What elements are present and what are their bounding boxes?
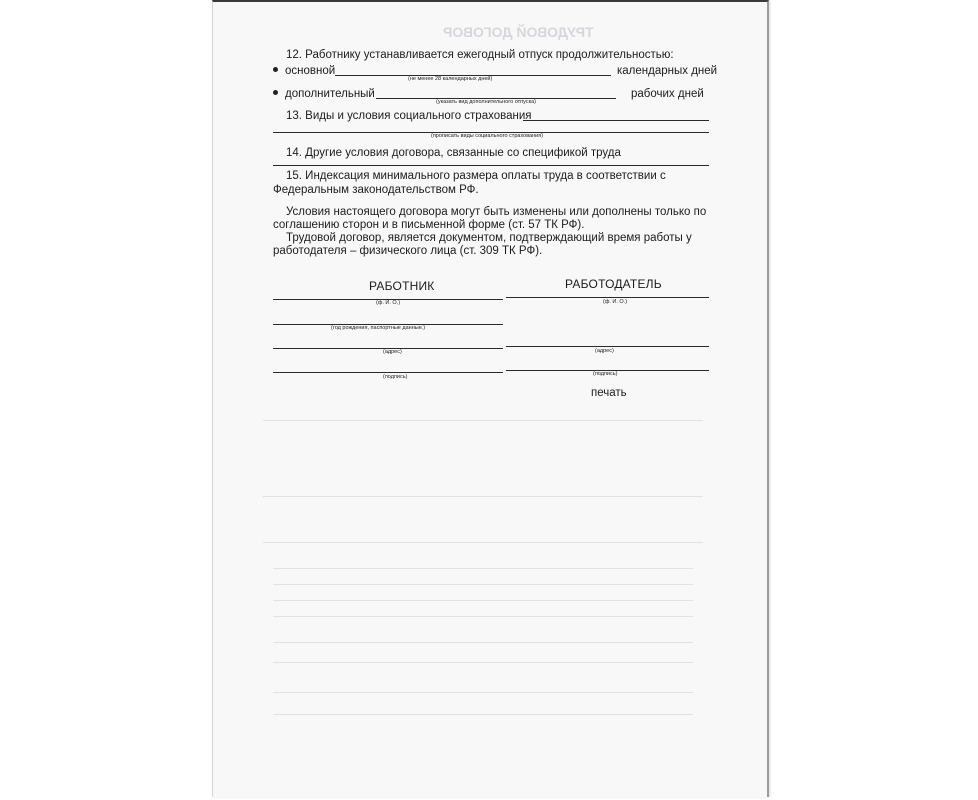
employee-heading: РАБОТНИК — [369, 279, 435, 293]
section-15-line-2: Федеральным законодательством РФ. — [273, 183, 479, 197]
closing-p1-line-1: Условия настоящего договора могут быть и… — [286, 205, 706, 219]
employer-fio-field[interactable] — [506, 297, 709, 298]
ghost-line — [273, 584, 693, 585]
extra-leave-label: дополнительный — [273, 87, 375, 101]
ghost-line — [273, 692, 693, 693]
other-conditions-field[interactable] — [273, 165, 709, 166]
employer-heading: РАБОТОДАТЕЛЬ — [565, 277, 662, 291]
social-insurance-field-1[interactable] — [523, 120, 709, 121]
main-leave-unit: календарных дней — [617, 64, 717, 78]
stamp-label: печать — [591, 386, 627, 400]
section-12-title: 12. Работнику устанавливается ежегодный … — [286, 48, 674, 62]
ghost-line — [273, 642, 693, 643]
section-14-title: 14. Другие условия договора, связанные с… — [286, 146, 621, 160]
employee-passport-caption: (год рождения, паспортные данные.) — [331, 325, 425, 332]
employee-fio-caption: (ф. И. О.) — [376, 300, 400, 307]
closing-p2-line-1: Трудовой договор, является документом, п… — [286, 231, 692, 245]
closing-p1-line-2: соглашению сторон и в письменной форме (… — [273, 218, 584, 232]
extra-leave-unit: рабочих дней — [631, 87, 704, 101]
social-insurance-caption: (прописать виды социального страхования) — [431, 133, 543, 140]
ghost-line — [273, 568, 693, 569]
employer-address-field[interactable] — [506, 346, 709, 347]
ghost-line — [263, 496, 703, 497]
employer-fio-caption: (ф. И. О.) — [603, 299, 627, 306]
ghost-line — [273, 616, 693, 617]
ghost-line — [263, 420, 703, 421]
employer-signature-caption: (подпись) — [593, 371, 617, 378]
section-15-line-1: 15. Индексация минимального размера опла… — [286, 169, 666, 183]
ghost-line — [273, 600, 693, 601]
section-13-title: 13. Виды и условия социального страхован… — [286, 109, 532, 123]
employer-address-caption: (адрес) — [595, 348, 614, 355]
ghost-line — [273, 662, 693, 663]
closing-p2-line-2: работодателя – физического лица (ст. 309… — [273, 244, 542, 258]
ghost-line — [273, 714, 693, 715]
ghost-line — [263, 542, 703, 543]
employee-signature-caption: (подпись) — [383, 374, 407, 381]
extra-leave-caption: (указать вид дополнительного отпуска) — [436, 99, 536, 106]
ghost-title: ТРУДОВОЙ ДОГОВОР — [443, 24, 594, 40]
extra-leave-text: дополнительный — [285, 88, 375, 100]
bullet-icon — [273, 90, 278, 95]
bullet-icon — [273, 67, 278, 72]
main-leave-caption: (не менее 28 календарных дней) — [408, 76, 492, 83]
employee-address-caption: (адрес) — [383, 349, 402, 356]
document-page: ТРУДОВОЙ ДОГОВОР 12. Работнику устанавли… — [212, 0, 769, 797]
main-leave-text: основной — [285, 65, 335, 77]
employee-signature-field[interactable] — [273, 372, 503, 373]
main-leave-label: основной — [273, 64, 335, 78]
